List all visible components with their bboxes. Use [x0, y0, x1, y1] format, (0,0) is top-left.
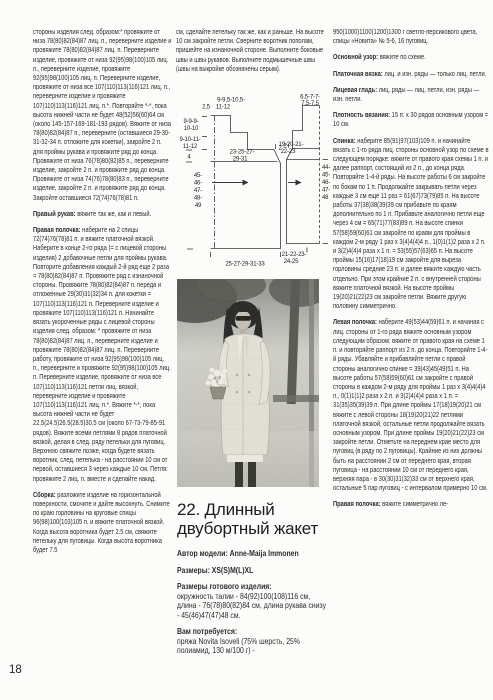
instruction-paragraph: Плотность вязания: 15 п. x 30 рядов осно…	[333, 110, 489, 128]
paragraph-text: 950(1000)1100(1200)1300 г светло-персико…	[333, 27, 477, 45]
measurement-label: 45-	[322, 173, 330, 179]
paragraph-text: см, сделайте петельку так же, как и рань…	[176, 27, 324, 73]
measurement-label: 25-27-29-31-33	[225, 262, 265, 268]
measurement-label: 19-20-21-	[279, 142, 304, 148]
paragraph-text: вяжите по схеме.	[380, 52, 426, 61]
section-heading: Правый рукав:	[33, 209, 76, 218]
materials: Вам потребуется:пряжа Novita Isoveli (75…	[177, 627, 329, 656]
paragraph-text: стороны изделия след. образом:* провяжит…	[33, 27, 172, 202]
measurement-label: 9-9,5-10,5-	[217, 98, 245, 104]
measurement-label: 44-	[322, 165, 330, 171]
measurement-label: 6,5-7-7-	[300, 95, 320, 101]
paragraph-text: наберите 85(91)97(103)109 п. и начинайте…	[333, 136, 489, 311]
section-heading: Правая полочка:	[333, 499, 381, 508]
instruction-paragraph: Платочная вязка: лиц. и изн. ряды — толь…	[333, 69, 489, 78]
instruction-paragraph: Левая полочка: наберите 49(53)44(59)61 п…	[333, 317, 489, 492]
photo-scene	[177, 279, 319, 487]
materials-label: Вам потребуется:	[177, 627, 237, 636]
section-heading: Плотность вязания:	[333, 110, 390, 119]
finished-sizes: Размеры готового изделия:окружность тали…	[177, 582, 329, 620]
instruction-paragraph: Правая полочка: вяжите симметрично ле-	[333, 499, 489, 508]
page-number: 18	[9, 664, 22, 676]
magazine-page: стороны изделия след. образом:* провяжит…	[0, 0, 493, 700]
measurement-label: 23-25-27-	[230, 150, 255, 156]
instruction-paragraph: Сборка: разложите изделие на горизонталь…	[33, 490, 172, 554]
measurement-label: 46-	[194, 181, 202, 187]
section-heading: Правая полочка:	[33, 225, 81, 234]
measurement-label: 47-	[322, 188, 330, 194]
author-name: Anne-Maija Immonen	[230, 549, 299, 558]
measurement-label: 21-22-23-	[282, 252, 307, 258]
sizes-value: XS(S)M(L)XL	[212, 566, 254, 575]
model-photo	[177, 279, 319, 487]
instruction-paragraph: Правая полочка: наберите на 2 спицы 72(7…	[33, 225, 172, 483]
instruction-paragraph: Правый рукав: вяжите так же, как и левый…	[33, 209, 172, 218]
column-middle-top: см, сделайте петельку так же, как и рань…	[176, 27, 329, 80]
measurement-label: 10-10	[184, 126, 199, 132]
measurement-label: 29-31	[233, 157, 248, 163]
section-heading: Спинка:	[333, 136, 356, 145]
instruction-paragraph: 950(1000)1100(1200)1300 г светло-персико…	[333, 27, 489, 45]
section-heading: Основной узор:	[333, 52, 378, 61]
paragraph-text: наберите на 2 спицы 72(74)76(78)81 п. и …	[33, 225, 171, 482]
measurement-label: 11-12	[183, 144, 198, 150]
measurement-label: 22-23	[281, 149, 296, 155]
materials-text: пряжа Novita Isoveli (75% шерсть, 25% по…	[177, 637, 300, 656]
instruction-paragraph: Основной узор: вяжите по схеме.	[333, 52, 489, 61]
measurement-label: 47-	[194, 188, 202, 194]
measurement-label: 4	[187, 155, 191, 161]
author-line: Автор модели: Anne-Maija Immonen	[177, 549, 329, 559]
measurement-label: 9-10-11-	[179, 137, 200, 143]
measurement-label: 48-	[194, 196, 202, 202]
sizes-line: Размеры: XS(S)M(L)XL	[177, 566, 329, 576]
finished-sizes-label: Размеры готового изделия:	[177, 582, 272, 591]
measurement-label: 7,5-7,5	[301, 101, 319, 107]
instruction-paragraph: Лицевая гладь: лиц. ряды — лиц. петли, и…	[333, 85, 489, 103]
measurement-label: 11-12	[216, 105, 231, 111]
pattern-title: 22. Длинный двубортный жакет	[177, 501, 329, 538]
section-heading: Лицевая гладь:	[333, 85, 377, 94]
measurement-label: 24-25	[284, 259, 299, 265]
measurement-label: 2,5	[202, 105, 211, 111]
schematic-diagram: 9-9,5-10,5- 2,5 11-12 9-9-9- 10-10 9-10-…	[174, 92, 341, 282]
pattern-caption: 22. Длинный двубортный жакет Автор модел…	[177, 501, 329, 663]
section-heading: Сборка:	[33, 490, 56, 499]
section-heading: Платочная вязка:	[333, 69, 383, 78]
paragraph-text: вяжите так же, как и левый.	[77, 209, 151, 218]
measurement-label: 9-9-9-	[183, 119, 198, 125]
right-piece-outline	[287, 106, 329, 253]
finished-sizes-text: окружность талии - 84(92)100(108)116 см,…	[177, 592, 326, 620]
measurement-label: 45-	[194, 173, 202, 179]
author-label: Автор модели:	[177, 549, 228, 558]
measurement-label: 46-	[322, 180, 330, 186]
measurement-label: 49	[195, 203, 202, 209]
paragraph-text: вяжите симметрично ле-	[382, 499, 448, 508]
paragraph-text: разложите изделие на горизонтальной пове…	[33, 490, 170, 554]
section-heading: Левая полочка:	[333, 317, 377, 326]
column-right: 950(1000)1100(1200)1300 г светло-персико…	[333, 27, 489, 516]
instruction-paragraph: см, сделайте петельку так же, как и рань…	[176, 27, 329, 73]
column-left: стороны изделия след. образом:* провяжит…	[33, 27, 172, 561]
paragraph-text: наберите 49(53)44(59)61 п. и начиная с л…	[333, 317, 487, 492]
instruction-paragraph: стороны изделия след. образом:* провяжит…	[33, 27, 172, 202]
sizes-label: Размеры:	[177, 566, 210, 575]
paragraph-text: лиц. и изн. ряды — только лиц. петли.	[384, 69, 486, 78]
measurement-label: 48	[322, 195, 329, 201]
instruction-paragraph: Спинка: наберите 85(91)97(103)109 п. и н…	[333, 136, 489, 311]
